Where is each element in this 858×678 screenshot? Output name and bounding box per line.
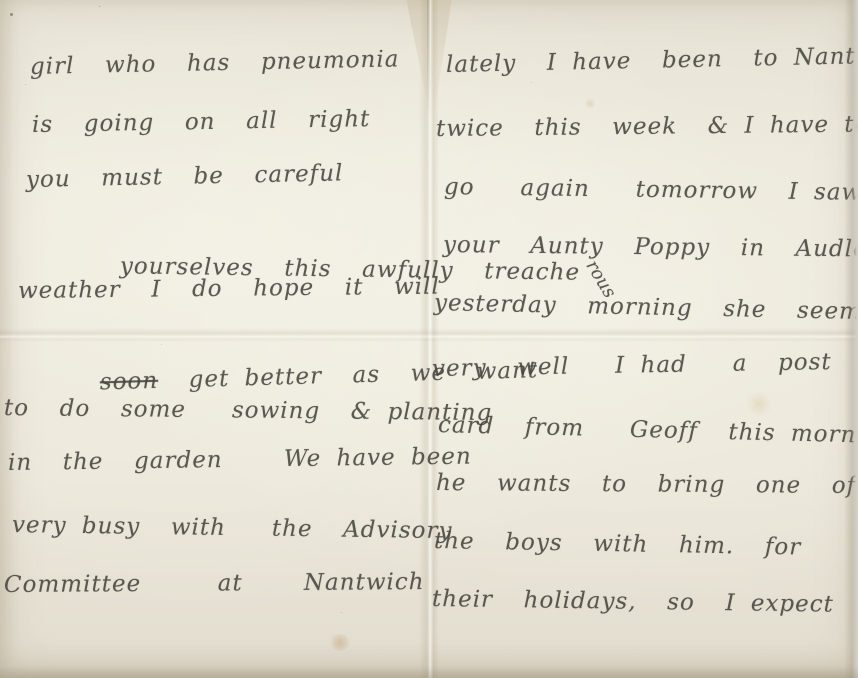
letter-line: weather I do hope it will xyxy=(18,272,440,306)
letter-line: is going on all right xyxy=(32,104,371,140)
letter-line: very well I had a post xyxy=(432,347,832,384)
paper-speckles xyxy=(10,13,13,16)
letter-line: in the garden We have been xyxy=(8,442,472,478)
letter-line: go again tomorrow I saw xyxy=(444,172,858,208)
letter-line: very busy with the Advisory xyxy=(12,510,453,546)
right-edge-shadow xyxy=(844,0,858,678)
paper-stain xyxy=(584,98,596,109)
letter-line: twice this week & I have to xyxy=(436,109,858,144)
letter-line: lately I have been to Nantwich xyxy=(446,40,858,80)
letter-line: the boys with him. for xyxy=(434,526,802,562)
letter-line: you must be careful xyxy=(26,158,344,195)
letter-line: to do some sowing & planting xyxy=(4,393,493,428)
letter-line: their holidays, so I expect xyxy=(432,584,834,620)
letter-line: card from Geoff this morning xyxy=(438,410,858,451)
letter-line: girl who has pneumonia xyxy=(30,44,400,82)
paper-stain xyxy=(330,634,350,651)
letter-line: your Aunty Poppy in Audlem xyxy=(443,230,858,265)
letter-line: he wants to bring one of xyxy=(436,468,856,501)
letter-scan: girl who has pneumonia is going on all r… xyxy=(0,0,858,678)
letter-line: yesterday morning she seemed xyxy=(434,288,858,328)
paper-stain xyxy=(744,392,774,416)
letter-line: Committee at Nantwich xyxy=(4,567,425,600)
struck-out-word: soon xyxy=(99,368,158,396)
bottom-edge-shadow xyxy=(0,666,858,678)
